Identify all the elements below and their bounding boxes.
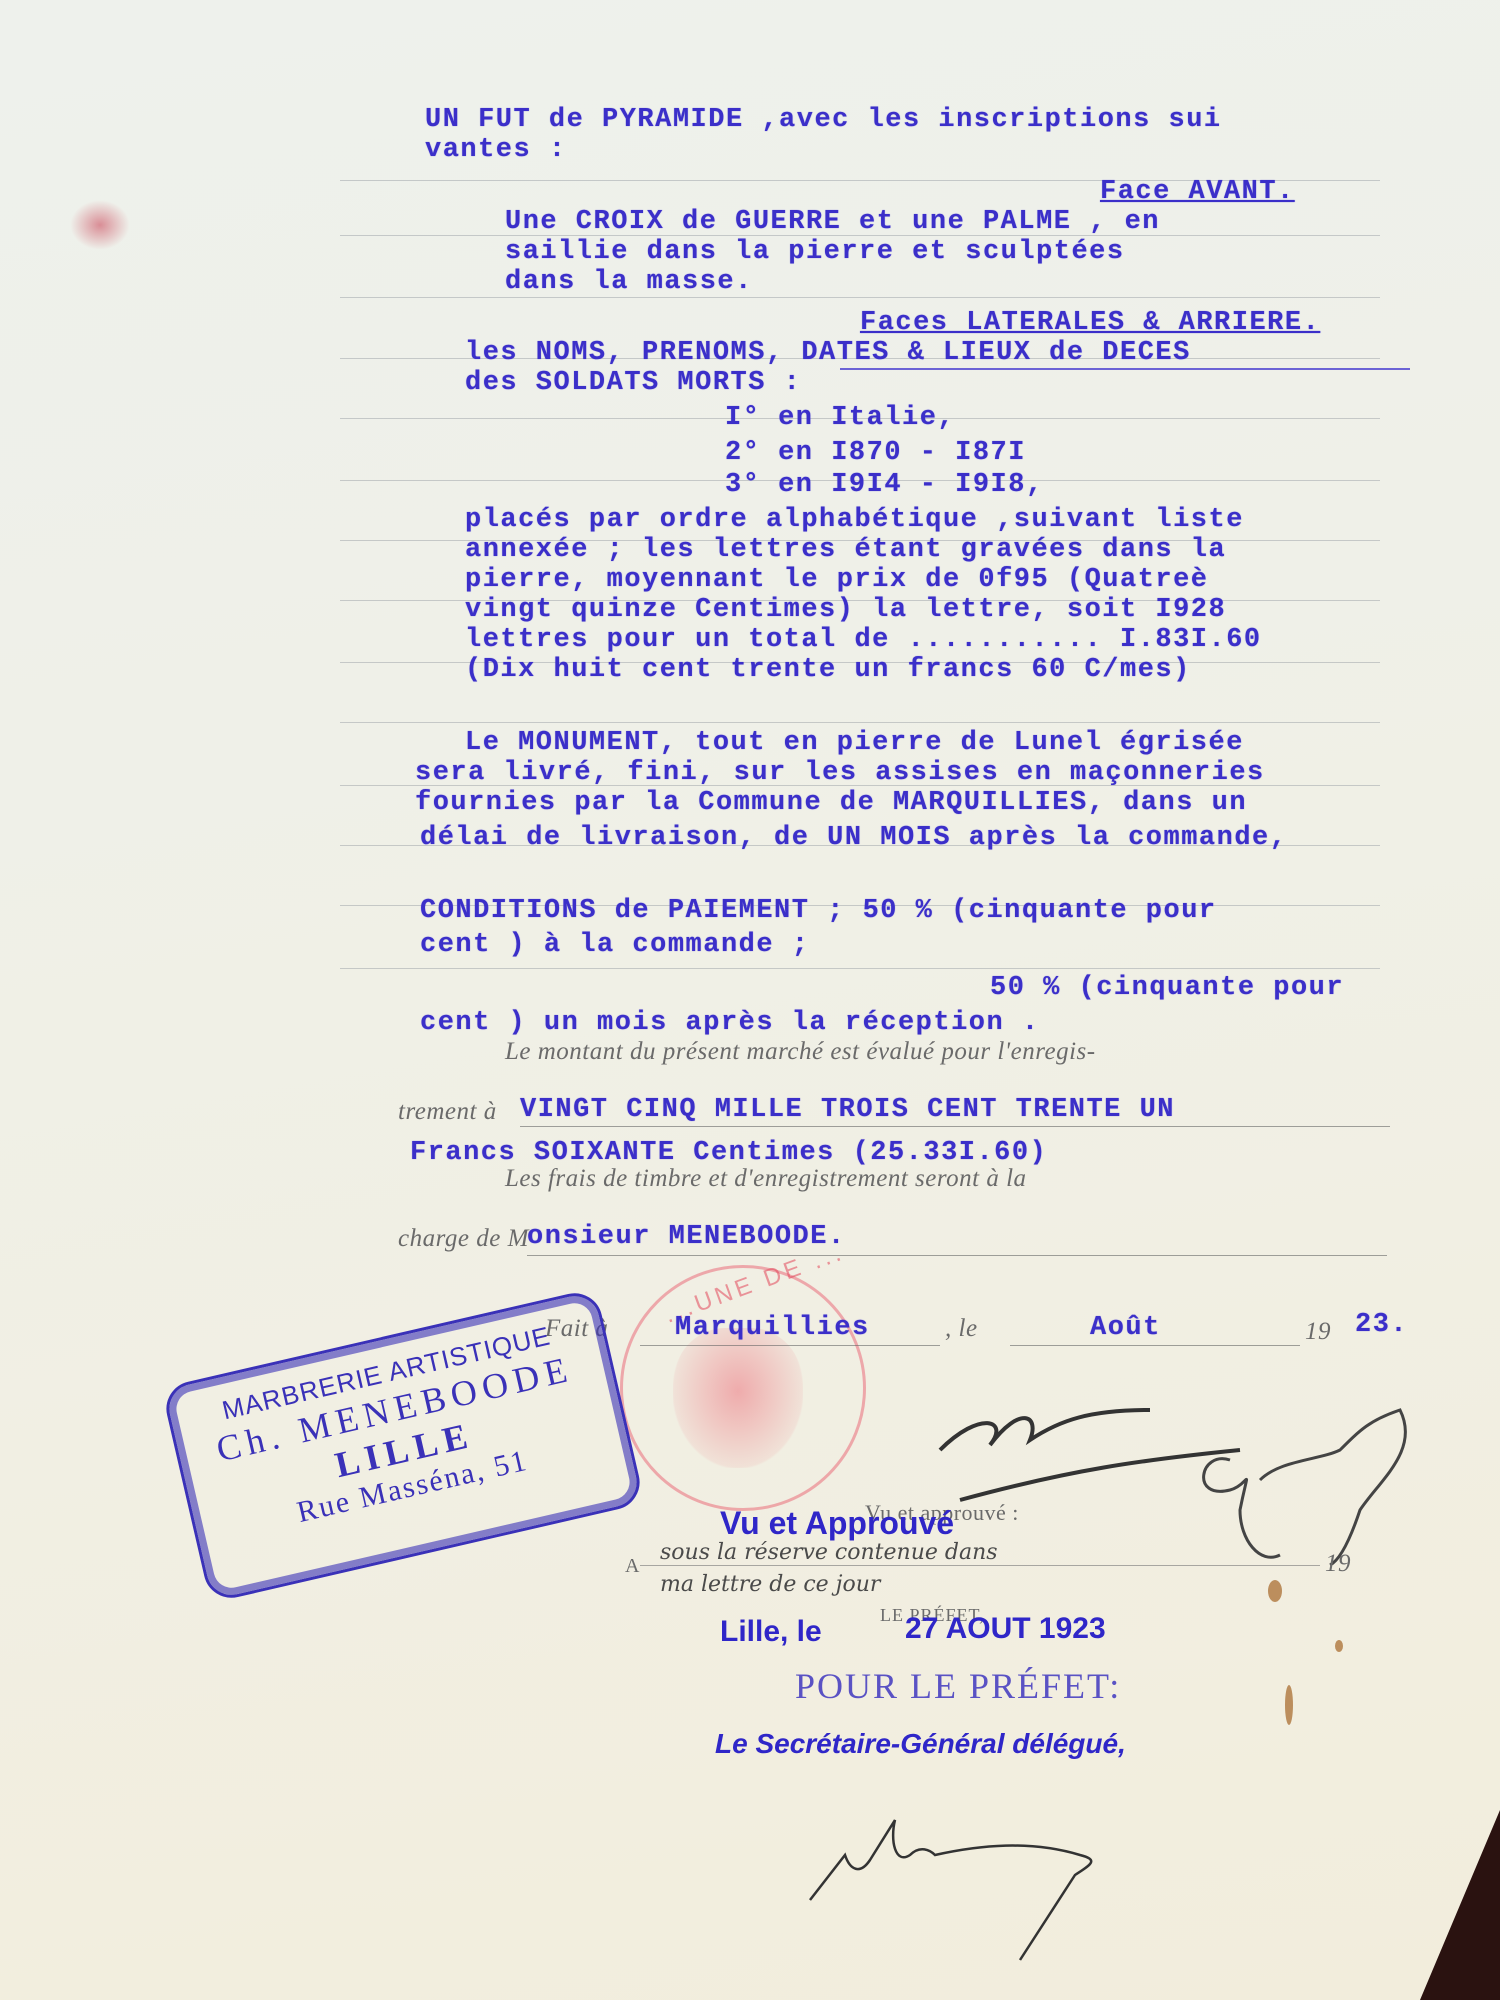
- strike-underline: [840, 368, 1410, 370]
- conditions-line: cent ) un mois après la réception .: [420, 1008, 1040, 1038]
- paper-stain: [1268, 1580, 1282, 1602]
- company-stamp: MARBRERIE ARTISTIQUE Ch. MENEBOODE LILLE…: [161, 1288, 645, 1604]
- printed-a: A: [625, 1555, 640, 1578]
- frais-underline: [527, 1255, 1387, 1256]
- stamp-date: 27 AOUT 1923: [905, 1612, 1106, 1646]
- margin-ink-stain: [70, 200, 130, 250]
- montant-underline: [520, 1126, 1390, 1127]
- pour-le-prefet: POUR LE PRÉFET:: [795, 1665, 1121, 1707]
- paragraph-line: (Dix huit cent trente un francs 60 C/mes…: [465, 655, 1191, 685]
- approval-underline: [640, 1565, 1320, 1566]
- conditions-line: CONDITIONS de PAIEMENT ; 50 % (cinquante…: [420, 896, 1217, 926]
- paragraph-line: placés par ordre alphabétique ,suivant l…: [465, 505, 1244, 535]
- month: Août: [1090, 1313, 1161, 1343]
- month-underline: [1010, 1345, 1300, 1346]
- paragraph-line: vingt quinze Centimes) la lettre, soit I…: [465, 595, 1226, 625]
- year: 23.: [1355, 1310, 1408, 1340]
- conditions-line: 50 % (cinquante pour: [990, 973, 1344, 1003]
- face-avant-heading: Face AVANT.: [1100, 177, 1295, 207]
- face-avant-line: saillie dans la pierre et sculptées: [505, 237, 1125, 267]
- prefect-signature: [800, 1810, 1200, 2000]
- paper-stain: [1335, 1640, 1343, 1652]
- face-avant-line: dans la masse.: [505, 267, 753, 297]
- stamp-lille-le: Lille, le: [720, 1615, 822, 1649]
- frais-typed: onsieur MENEBOODE.: [527, 1222, 846, 1252]
- ruled-line: [340, 968, 1380, 969]
- monument-line: sera livré, fini, sur les assises en maç…: [415, 758, 1265, 788]
- handwritten-reserve-1: sous la réserve contenue dans: [660, 1540, 998, 1565]
- monument-line: fournies par la Commune de MARQUILLIES, …: [415, 788, 1247, 818]
- printed-frais-2: charge de M: [398, 1225, 529, 1253]
- faces-laterales-line: les NOMS, PRENOMS, DATES & LIEUX de DECE…: [465, 338, 1191, 368]
- monument-line: délai de livraison, de UN MOIS après la …: [420, 823, 1287, 853]
- intro-line-1: UN FUT de PYRAMIDE ,avec les inscription…: [425, 105, 1222, 135]
- handwritten-reserve-2: ma lettre de ce jour: [660, 1572, 880, 1597]
- face-avant-line: Une CROIX de GUERRE et une PALME , en: [505, 207, 1160, 237]
- deaths-list-item: 2° en I870 - I87I: [725, 438, 1026, 468]
- printed-montant-1: Le montant du présent marché est évalué …: [505, 1038, 1096, 1066]
- paragraph-line: lettres pour un total de ........... I.8…: [465, 625, 1262, 655]
- deaths-list-item: I° en Italie,: [725, 403, 955, 433]
- stamp-vu-approuve: Vu et Approuvé: [720, 1505, 954, 1542]
- secretaire-general: Le Secrétaire-Général délégué,: [715, 1728, 1126, 1760]
- place-underline: [640, 1345, 940, 1346]
- conditions-line: cent ) à la commande ;: [420, 930, 809, 960]
- printed-montant-2: trement à: [398, 1098, 497, 1126]
- printed-19-approval: 19: [1325, 1550, 1351, 1578]
- printed-le: , le: [945, 1315, 978, 1343]
- torn-corner: [1420, 1810, 1500, 2000]
- place-name: Marquillies: [675, 1313, 870, 1343]
- deaths-list-item: 3° en I9I4 - I9I8,: [725, 470, 1044, 500]
- monument-line: Le MONUMENT, tout en pierre de Lunel égr…: [465, 728, 1244, 758]
- intro-line-2: vantes :: [425, 135, 567, 165]
- paragraph-line: annexée ; les lettres étant gravées dans…: [465, 535, 1226, 565]
- printed-19: 19: [1305, 1318, 1331, 1346]
- montant-words-2: Francs SOIXANTE Centimes (25.33I.60): [410, 1138, 1047, 1168]
- ruled-line: [340, 297, 1380, 298]
- faces-laterales-heading: Faces LATERALES & ARRIERE.: [860, 308, 1320, 338]
- document-page: UN FUT de PYRAMIDE ,avec les inscription…: [0, 0, 1500, 2000]
- paragraph-line: pierre, moyennant le prix de 0f95 (Quatr…: [465, 565, 1209, 595]
- paper-stain: [1285, 1685, 1293, 1725]
- montant-words-1: VINGT CINQ MILLE TROIS CENT TRENTE UN: [520, 1095, 1175, 1125]
- ruled-line: [340, 722, 1380, 723]
- faces-laterales-line: des SOLDATS MORTS :: [465, 368, 801, 398]
- printed-frais-1: Les frais de timbre et d'enregistrement …: [505, 1165, 1027, 1193]
